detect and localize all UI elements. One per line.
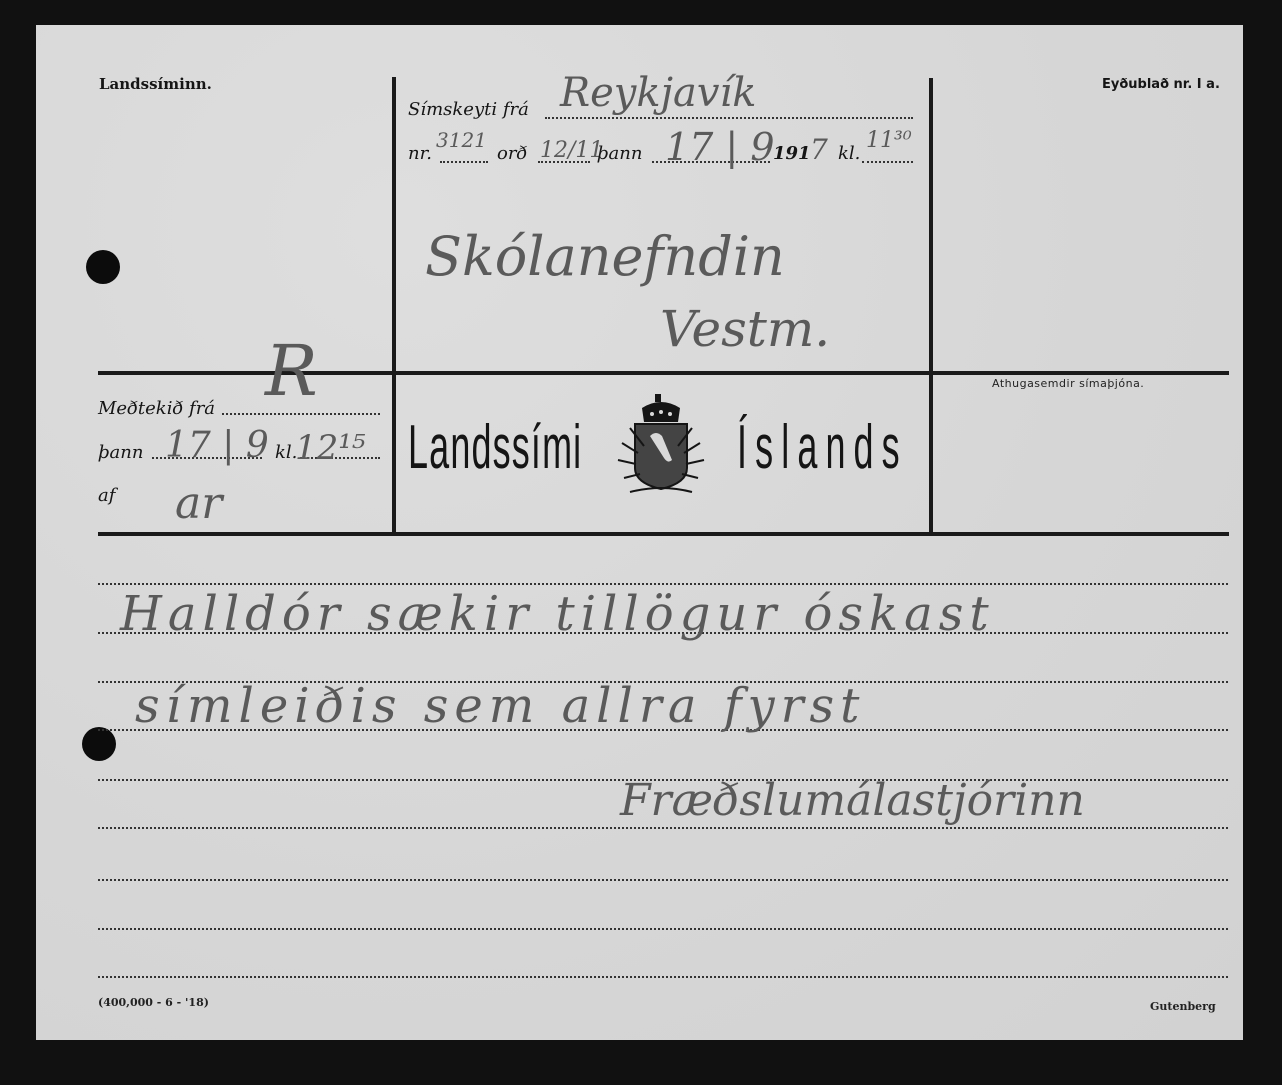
- issuer-title: Landssíminn.: [99, 75, 212, 93]
- brand-left: Landssími: [408, 412, 582, 483]
- divider-right: [929, 78, 933, 535]
- addressee-line-2[interactable]: Vestm.: [660, 300, 830, 358]
- year-value[interactable]: 7: [810, 133, 828, 166]
- date-label: þann: [597, 143, 642, 164]
- from-label: Símskeyti frá: [408, 99, 529, 120]
- remarks-label: Athugasemdir símaþjóna.: [992, 377, 1144, 390]
- message-line-3[interactable]: Fræðslumálastjórinn: [620, 775, 1085, 826]
- printer-name: Gutenberg: [1150, 1000, 1216, 1013]
- message-rule-1: [98, 583, 1228, 585]
- form-number: Eyðublað nr. I a.: [1102, 77, 1220, 92]
- received-from-label: Meðtekið frá: [98, 398, 215, 419]
- words-value[interactable]: 12/11: [540, 138, 603, 163]
- received-from-value[interactable]: R: [265, 330, 318, 412]
- punch-hole-bottom: [82, 727, 116, 761]
- brand-right: Íslands: [737, 412, 908, 483]
- time-value[interactable]: 11³⁰: [866, 128, 912, 153]
- received-time-value[interactable]: 12¹⁵: [295, 428, 366, 468]
- addressee-line-1[interactable]: Skólanefndin: [425, 225, 785, 288]
- message-rule-9: [98, 976, 1228, 978]
- time-label: kl.: [838, 143, 860, 164]
- message-line-2[interactable]: símleiðis sem allra fyrst: [135, 678, 865, 734]
- received-date-label: þann: [98, 442, 143, 463]
- from-field-line: [545, 117, 913, 119]
- nr-label: nr.: [408, 143, 432, 164]
- divider-left: [392, 77, 396, 535]
- received-date-value[interactable]: 17 | 9: [165, 425, 269, 466]
- received-by-value[interactable]: ar: [175, 478, 222, 529]
- message-line-1[interactable]: Halldór sækir tillögur óskast: [120, 586, 995, 642]
- received-by-label: af: [98, 485, 115, 506]
- nr-value[interactable]: 3121: [436, 128, 487, 152]
- punch-hole-top: [86, 250, 120, 284]
- message-rule-6: [98, 827, 1228, 829]
- message-rule-7: [98, 879, 1228, 881]
- year-label: 191: [773, 143, 811, 164]
- time-field-line: [862, 161, 913, 163]
- rule-lower: [98, 532, 1229, 536]
- from-value[interactable]: Reykjavík: [560, 70, 757, 116]
- print-run: (400,000 - 6 - '18): [98, 996, 209, 1009]
- nr-field-line: [440, 161, 488, 163]
- message-rule-8: [98, 928, 1228, 930]
- date-value[interactable]: 17 | 9: [665, 125, 775, 169]
- received-from-line: [222, 413, 380, 415]
- words-label: orð: [497, 143, 527, 164]
- coat-of-arms-falcon-icon: [600, 388, 722, 498]
